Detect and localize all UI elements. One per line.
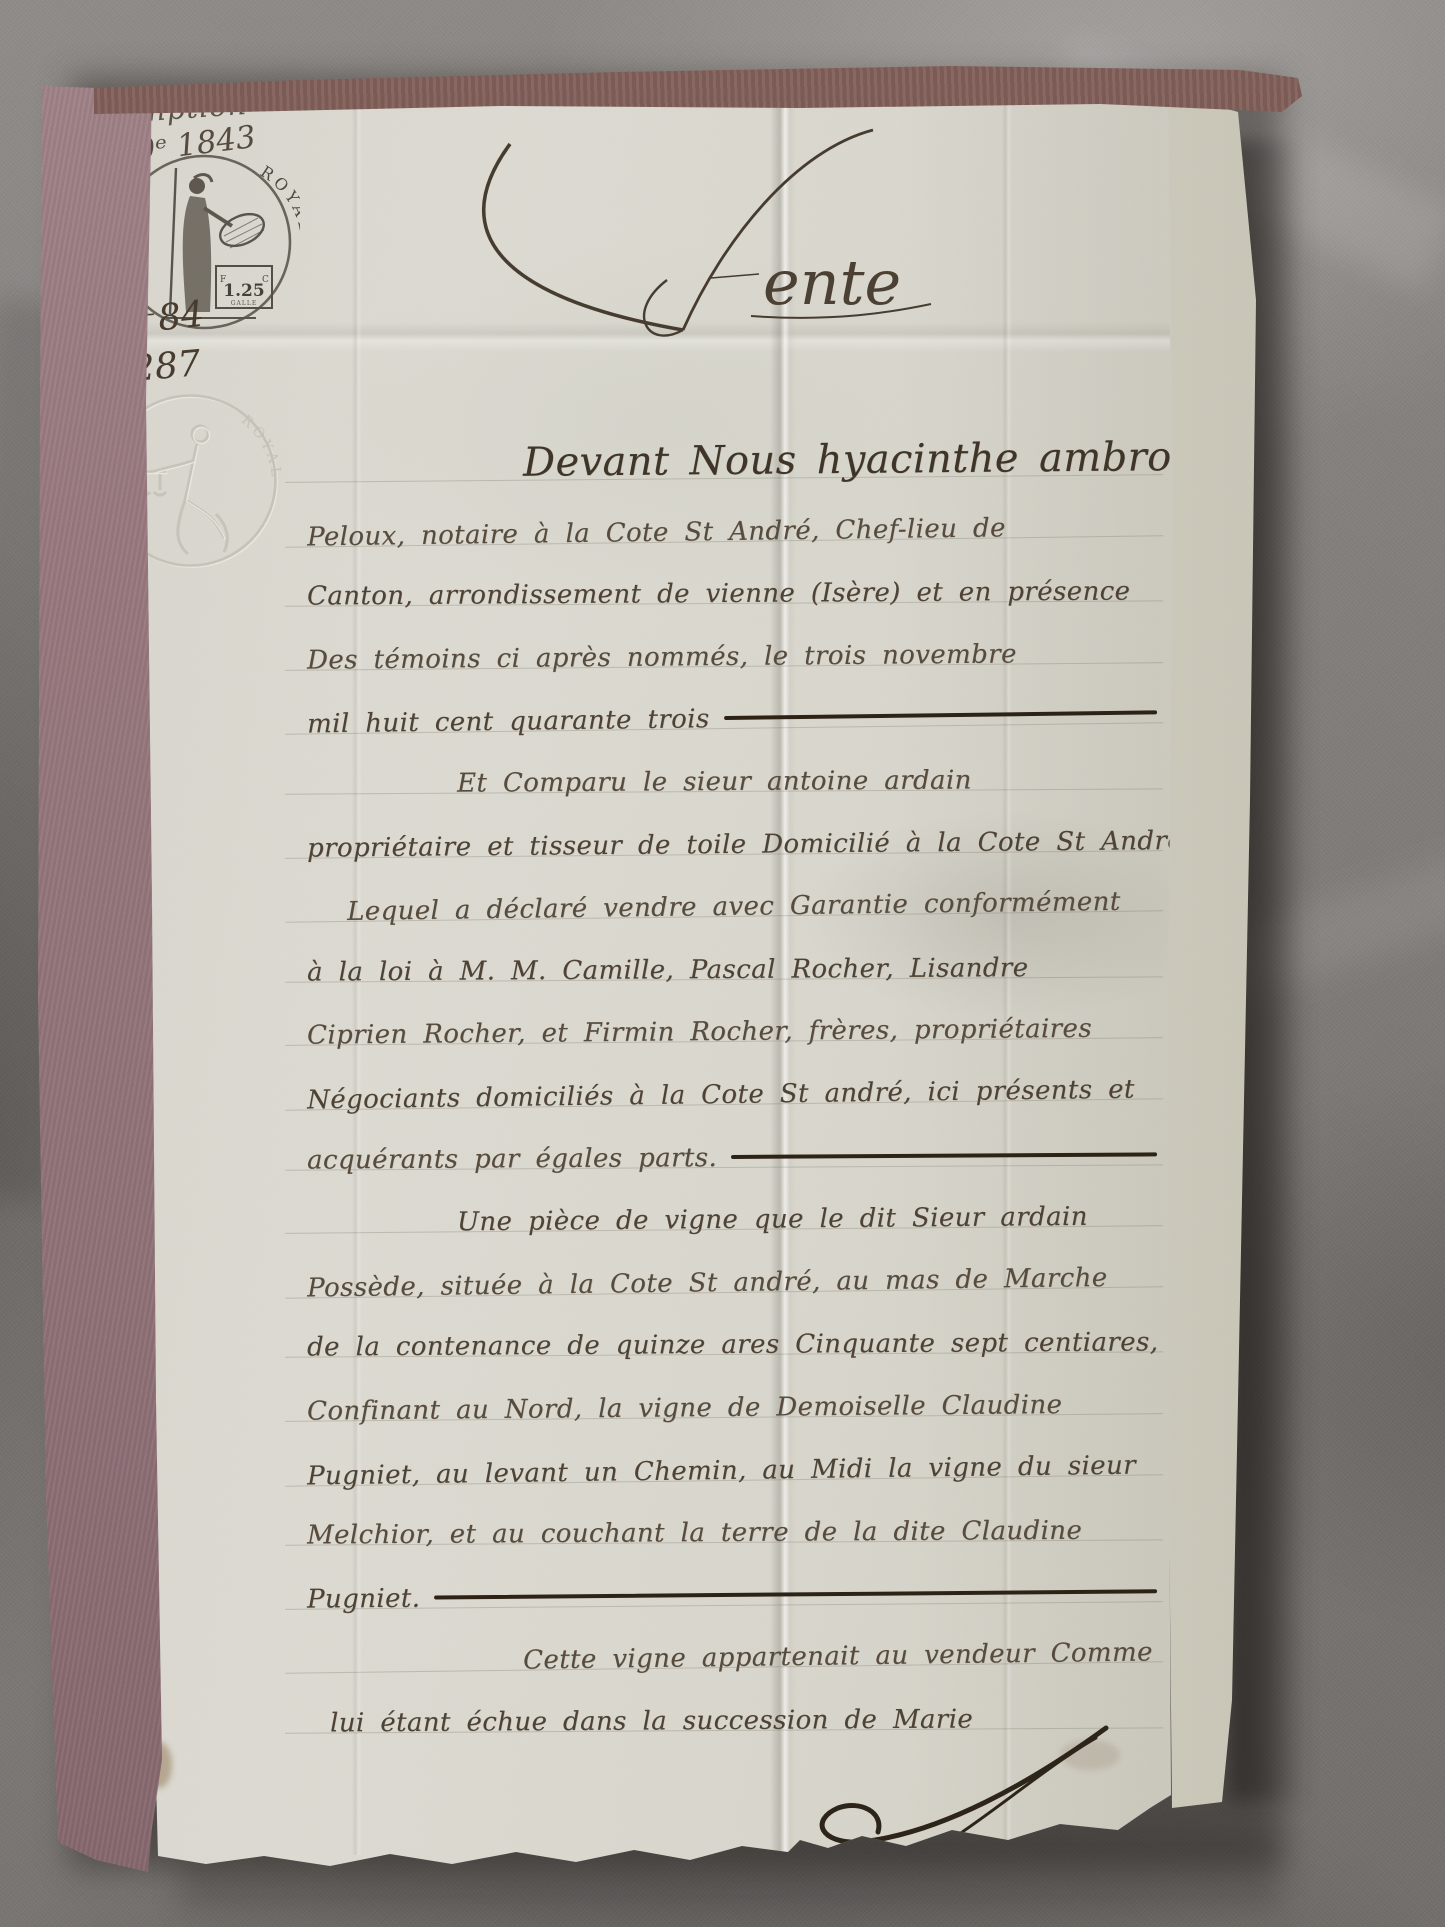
manuscript-line: Pugniet. [285,1559,1167,1615]
manuscript-line-text: Et Comparu le sieur antoine ardain [457,765,972,798]
ink-rule-dash [731,1152,1157,1159]
manuscript-line: Une pièce de vigne que le dit Sieur arda… [285,1183,1167,1239]
manuscript-line: Lequel a déclaré vendre avec Garantie co… [285,868,1168,928]
manuscript-line-text: acquérants par égales parts. [307,1143,717,1176]
manuscript-line: Peloux, notaire à la Cote St André, Chef… [285,493,1168,553]
manuscript-line: Pugniet, au levant un Chemin, au Midi la… [285,1432,1168,1492]
manuscript-line: Melchior, et au couchant la terre de la … [285,1497,1167,1550]
manuscript-line: Ciprien Rocher, et Firmin Rocher, frères… [285,996,1167,1052]
manuscript-line-text: Ciprien Rocher, et Firmin Rocher, frères… [307,1014,1092,1051]
manuscript-line: Des témoins ci après nommés, le trois no… [285,620,1167,676]
manuscript-line-text: Pugniet. [307,1583,421,1614]
manuscript-line: Possède, située à la Cote St andré, au m… [285,1244,1168,1304]
manuscript-line: Devant Nous hyacinthe ambroise [285,432,1167,488]
manuscript-line: à la loi à M. M. Camille, Pascal Rocher,… [285,934,1167,987]
manuscript-line-text: Possède, située à la Cote St andré, au m… [307,1263,1108,1303]
manuscript-line-text: Lequel a déclaré vendre avec Garantie co… [347,887,1121,927]
manuscript-line-text: propriétaire et tisseur de toile Domicil… [307,826,1192,864]
manuscript-line: Canton, arrondissement de vienne (Isère)… [285,558,1167,611]
manuscript-line-text: Négociants domiciliés à la Cote St andré… [307,1075,1135,1116]
manuscript-line: de la contenance de quinze ares Cinquant… [285,1310,1167,1363]
manuscript-line-text: à la loi à M. M. Camille, Pascal Rocher,… [307,953,1029,987]
ink-rule-dash [724,711,1157,721]
manuscript-line-text: de la contenance de quinze ares Cinquant… [307,1328,1159,1363]
manuscript-line-text: Des témoins ci après nommés, le trois no… [307,639,1017,675]
manuscript-line: acquérants par égales parts. [285,1122,1167,1175]
manuscript-line-text: Une pièce de vigne que le dit Sieur arda… [457,1202,1088,1238]
manuscript-line: mil huit cent quarante trois [285,681,1168,741]
manuscript-line-text: Cette vigne appartenait au vendeur Comme [523,1638,1153,1676]
manuscript-line-text: Peloux, notaire à la Cote St André, Chef… [307,513,1006,552]
manuscript-line-text: Pugniet, au levant un Chemin, au Midi la… [307,1450,1136,1491]
manuscript-line: Et Comparu le sieur antoine ardain [285,746,1167,799]
manuscript-line-text: mil huit cent quarante trois [307,705,710,740]
manuscript-line: Négociants domiciliés à la Cote St andré… [285,1056,1168,1116]
photograph: aumption 2 9ᵉ 1843 ROYAL. TIMBRE F 1.25 [0,0,1445,1927]
manuscript-line: Confinant au Nord, la vigne de Demoisell… [285,1371,1167,1427]
manuscript-line: propriétaire et tisseur de toile Domicil… [285,808,1167,864]
manuscript-line-text: Melchior, et au couchant la terre de la … [307,1516,1082,1551]
manuscript-line-text: Canton, arrondissement de vienne (Isère)… [307,577,1131,612]
manuscript-line-text: Confinant au Nord, la vigne de Demoisell… [307,1390,1063,1427]
manuscript-line: Cette vigne appartenait au vendeur Comme [285,1620,1168,1680]
ink-rule-dash [434,1589,1157,1599]
